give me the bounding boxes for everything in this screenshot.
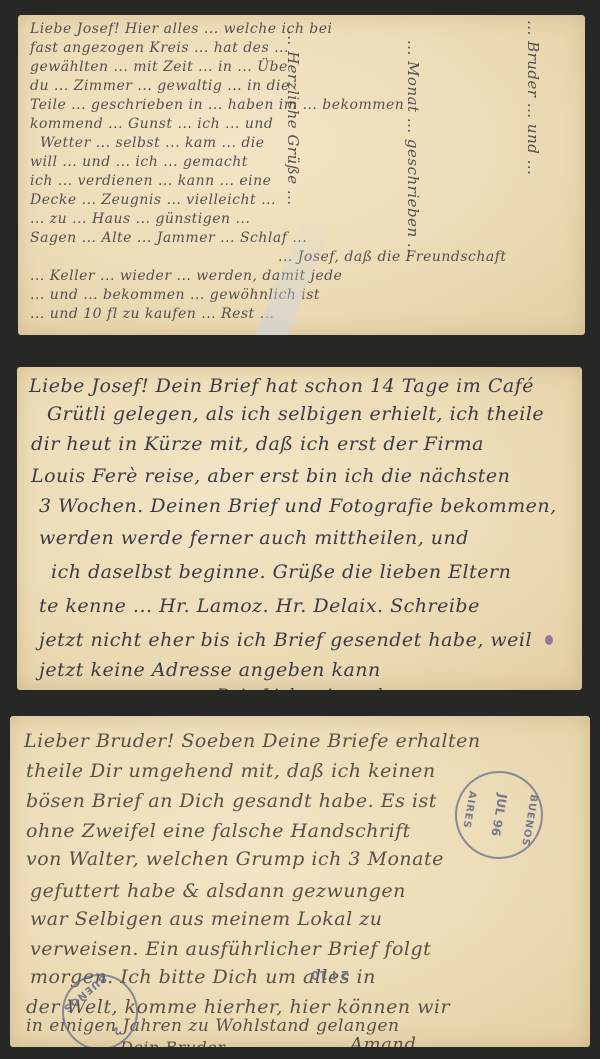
postmark-date: 2 I 10	[311, 968, 349, 982]
vertical-line: ... Bruder ... und ...	[524, 20, 542, 175]
text-line: Wetter ... selbst ... kam ... die	[40, 135, 265, 151]
signature: Amand	[350, 1034, 416, 1047]
postmark-buenos-aires: BUENOS JUL 96 AIRES	[448, 764, 550, 866]
text-line: Lieber Bruder! Soeben Deine Briefe erhal…	[24, 730, 481, 752]
text-line: ... und 10 fl zu kaufen ... Rest ...	[30, 306, 274, 322]
text-line: von Walter, welchen Grump ich 3 Monate	[26, 848, 444, 870]
postcard-1-crosswritten: ... Bruder ... und ... ... Monat ... ges…	[18, 15, 585, 335]
text-line: gewählten ... mit Zeit ... in ... Übe	[30, 59, 288, 75]
text-line: werden werde ferner auch mittheilen, und	[39, 527, 469, 549]
text-line: ich ... verdienen ... kann ... eine	[30, 173, 271, 189]
vertical-line: ... Herzliche Grüße ...	[284, 30, 302, 206]
text-line: Grütli gelegen, als ich selbigen erhielt…	[47, 403, 544, 425]
text-line: fast angezogen Kreis ... hat des ...	[30, 40, 289, 56]
signature-line: Dein Lieber Amand.	[217, 685, 388, 690]
text-line: Teile ... geschrieben in ... haben im ..…	[30, 97, 404, 113]
text-line: du ... Zimmer ... gewaltig ... in die	[30, 78, 290, 94]
text-line: jetzt keine Adresse angeben kann	[39, 659, 381, 681]
text-line: ohne Zweifel eine falsche Handschrift	[26, 820, 411, 842]
postcard-3: Lieber Bruder! Soeben Deine Briefe erhal…	[10, 716, 590, 1047]
text-line: verweisen. Ein ausführlicher Brief folgt	[30, 938, 431, 960]
text-line: Liebe Josef! Hier alles ... welche ich b…	[30, 21, 333, 37]
text-line: theile Dir umgehend mit, daß ich keinen	[26, 760, 436, 782]
text-line: dir heut in Kürze mit, daß ich erst der …	[31, 433, 484, 455]
text-line: Decke ... Zeugnis ... vielleicht ...	[30, 192, 276, 208]
text-line: jetzt nicht eher bis ich Brief gesendet …	[39, 629, 532, 651]
postmark-date: JUL 96	[488, 793, 509, 838]
closing-line: Dein Bruder	[120, 1038, 225, 1047]
purple-ink-mark	[545, 635, 553, 645]
postcard-2: Liebe Josef! Dein Brief hat schon 14 Tag…	[17, 367, 582, 690]
text-line: gefuttert habe & alsdann gezwungen	[30, 880, 406, 902]
text-line: te kenne ... Hr. Lamoz. Hr. Delaix. Schr…	[39, 595, 480, 617]
text-line: ich daselbst beginne. Grüße die lieben E…	[51, 561, 511, 583]
text-line: Liebe Josef! Dein Brief hat schon 14 Tag…	[29, 375, 534, 397]
text-line: Louis Ferè reise, aber erst bin ich die …	[31, 465, 510, 487]
text-line: will ... und ... ich ... gemacht	[30, 154, 248, 170]
text-line: bösen Brief an Dich gesandt habe. Es ist	[26, 790, 437, 812]
text-line: war Selbigen aus meinem Lokal zu	[30, 908, 382, 930]
text-line: 3 Wochen. Deinen Brief und Fotografie be…	[39, 495, 557, 517]
postmark-top-text: BUENOS	[516, 778, 541, 863]
text-line: kommend ... Gunst ... ich ... und	[30, 116, 273, 132]
postmark-bottom-text: AIRES	[456, 767, 481, 852]
vertical-line: ... Monat ... geschrieben ...	[404, 40, 422, 259]
text-line: ... zu ... Haus ... günstigen ...	[30, 211, 250, 227]
text-line: Sagen ... Alte ... Jammer ... Schlaf ...	[30, 230, 307, 246]
postmark-date-stamp: 2 I 10	[310, 960, 350, 990]
